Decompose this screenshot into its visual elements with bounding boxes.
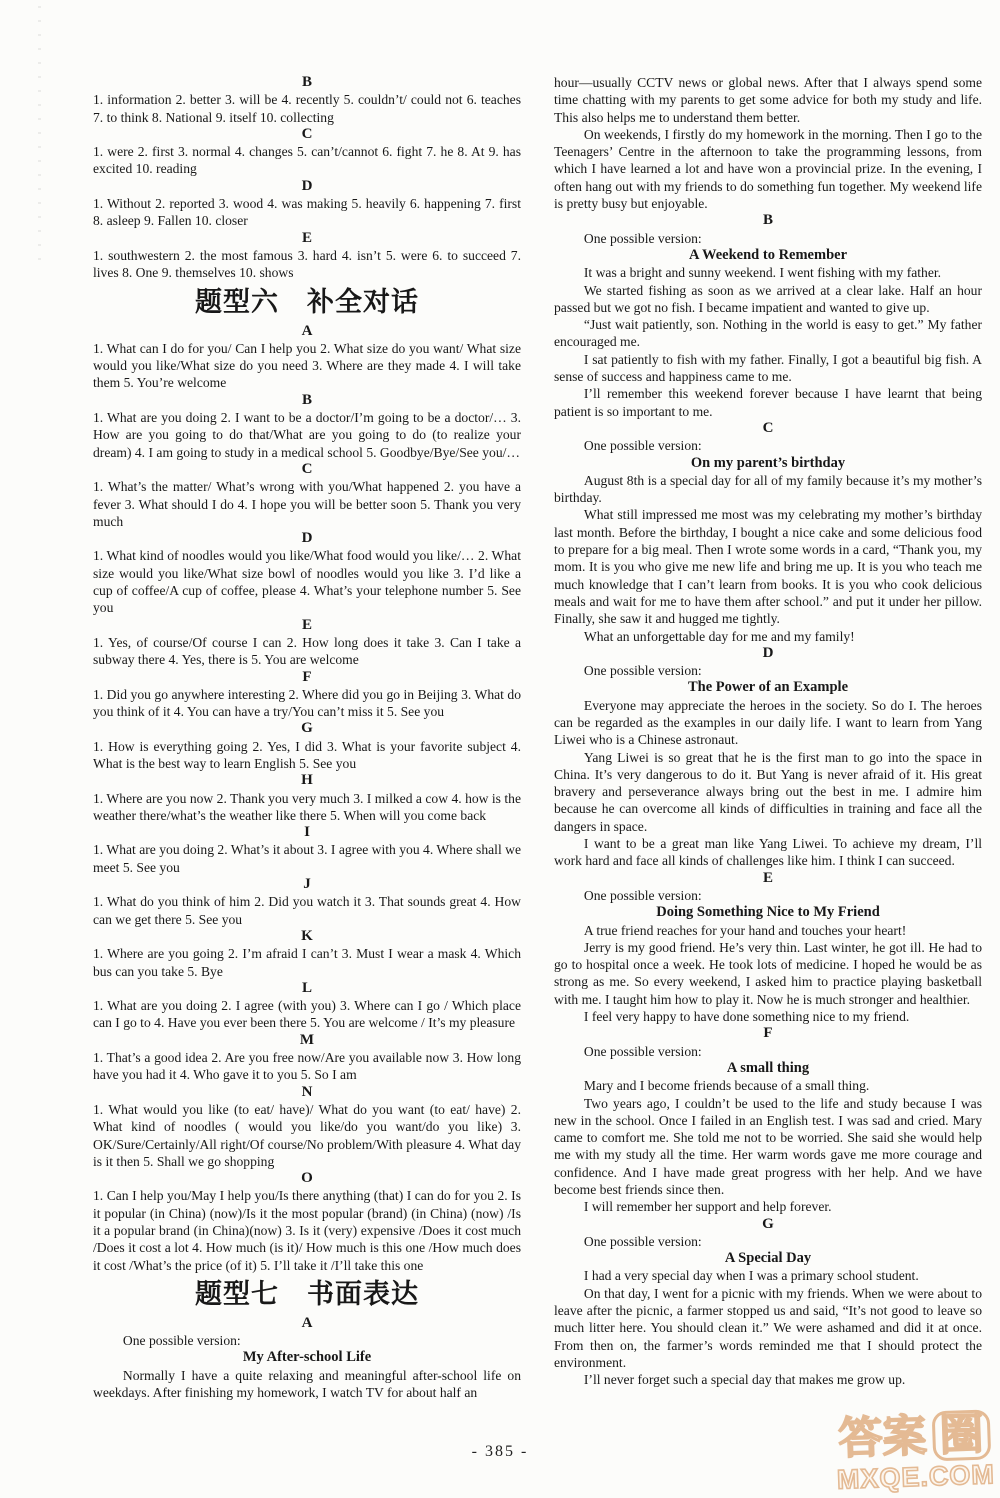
answer-text: 1. Can I help you/May I help you/Is ther… — [93, 1187, 521, 1273]
essay-paragraph-continued: hour—usually CCTV news or global news. A… — [554, 74, 982, 126]
answer-text: 1. What kind of noodles would you like/W… — [93, 547, 521, 616]
possible-version-note: One possible version: — [554, 437, 982, 454]
answer-text: 1. Where are you going 2. I’m afraid I c… — [93, 945, 521, 980]
section-letter: N — [93, 1084, 521, 1101]
essay-paragraph: Jerry is my good friend. He’s very thin.… — [554, 939, 982, 1008]
answer-text: 1. That’s a good idea 2. Are you free no… — [93, 1049, 521, 1084]
section-letter: D — [93, 530, 521, 547]
section-letter: B — [93, 74, 521, 91]
essay-title: A small thing — [554, 1060, 982, 1077]
section-letter: E — [554, 870, 982, 887]
section-letter: F — [93, 669, 521, 686]
possible-version-note: One possible version: — [554, 1233, 982, 1250]
essay-paragraph: It was a bright and sunny weekend. I wen… — [554, 264, 982, 281]
essay-title: The Power of an Example — [554, 679, 982, 696]
possible-version-note: One possible version: — [554, 662, 982, 679]
answer-text: 1. Where are you now 2. Thank you very m… — [93, 790, 521, 825]
right-column: hour—usually CCTV news or global news. A… — [554, 74, 982, 1401]
answer-text: 1. What’s the matter/ What’s wrong with … — [93, 478, 521, 530]
answer-text: 1. were 2. first 3. normal 4. changes 5.… — [93, 143, 521, 178]
section-letter: F — [554, 1025, 982, 1042]
scan-artifact — [38, 6, 41, 266]
section-letter: O — [93, 1170, 521, 1187]
essay-paragraph: “Just wait patiently, son. Nothing in th… — [554, 316, 982, 351]
section-letter: M — [93, 1032, 521, 1049]
essay-title: A Special Day — [554, 1250, 982, 1267]
section-letter: A — [93, 1315, 521, 1332]
page-columns: B1. information 2. better 3. will be 4. … — [0, 0, 1000, 1401]
section-letter: D — [554, 645, 982, 662]
essay-paragraph: We started fishing as soon as we arrived… — [554, 282, 982, 317]
section-letter: G — [554, 1216, 982, 1233]
chapter-heading: 题型七 书面表达 — [93, 1276, 521, 1312]
essay-paragraph: I feel very happy to have done something… — [554, 1008, 982, 1025]
chapter-heading: 题型六 补全对话 — [93, 284, 521, 320]
essay-paragraph: Everyone may appreciate the heroes in th… — [554, 697, 982, 749]
answer-text: 1. Yes, of course/Of course I can 2. How… — [93, 634, 521, 669]
essay-title: On my parent’s birthday — [554, 455, 982, 472]
answer-text: 1. How is everything going 2. Yes, I did… — [93, 738, 521, 773]
essay-paragraph: I will remember her support and help for… — [554, 1198, 982, 1215]
possible-version-note: One possible version: — [554, 230, 982, 247]
section-letter: E — [93, 230, 521, 247]
section-letter: C — [93, 461, 521, 478]
essay-paragraph: I’ll never forget such a special day tha… — [554, 1371, 982, 1388]
answer-text: 1. What do you think of him 2. Did you w… — [93, 893, 521, 928]
section-letter: K — [93, 928, 521, 945]
section-letter: I — [93, 824, 521, 841]
possible-version-note: One possible version: — [554, 887, 982, 904]
essay-title: Doing Something Nice to My Friend — [554, 904, 982, 921]
watermark-site-text: MXQE.COM — [836, 1459, 995, 1494]
section-letter: H — [93, 772, 521, 789]
left-column: B1. information 2. better 3. will be 4. … — [93, 74, 521, 1401]
essay-paragraph: What an unforgettable day for me and my … — [554, 628, 982, 645]
essay-paragraph: On weekends, I firstly do my homework in… — [554, 126, 982, 212]
possible-version-note: One possible version: — [93, 1332, 521, 1349]
essay-paragraph: August 8th is a special day for all of m… — [554, 472, 982, 507]
page-number: - 385 - — [0, 1443, 1000, 1460]
possible-version-note: One possible version: — [554, 1043, 982, 1060]
section-letter: C — [554, 420, 982, 437]
section-letter: C — [93, 126, 521, 143]
answer-text: 1. What would you like (to eat/ have)/ W… — [93, 1101, 521, 1170]
essay-paragraph: On that day, I went for a picnic with my… — [554, 1285, 982, 1371]
essay-paragraph: Normally I have a quite relaxing and mea… — [93, 1367, 521, 1402]
essay-paragraph: I had a very special day when I was a pr… — [554, 1267, 982, 1284]
essay-paragraph: What still impressed me most was my cele… — [554, 506, 982, 627]
section-letter: A — [93, 323, 521, 340]
section-letter: B — [93, 392, 521, 409]
section-letter: J — [93, 876, 521, 893]
essay-title: A Weekend to Remember — [554, 247, 982, 264]
answer-text: 1. What are you doing 2. I want to be a … — [93, 409, 521, 461]
essay-paragraph: I sat patiently to fish with my father. … — [554, 351, 982, 386]
essay-paragraph: Mary and I become friends because of a s… — [554, 1077, 982, 1094]
essay-paragraph: Two years ago, I couldn’t be used to the… — [554, 1095, 982, 1199]
essay-paragraph: Yang Liwei is so great that he is the fi… — [554, 749, 982, 835]
answer-text: 1. information 2. better 3. will be 4. r… — [93, 91, 521, 126]
section-letter: D — [93, 178, 521, 195]
answer-page: B1. information 2. better 3. will be 4. … — [0, 0, 1000, 1498]
essay-paragraph: I want to be a great man like Yang Liwei… — [554, 835, 982, 870]
section-letter: E — [93, 617, 521, 634]
essay-title: My After-school Life — [93, 1349, 521, 1366]
answer-text: 1. What are you doing 2. I agree (with y… — [93, 997, 521, 1032]
section-letter: L — [93, 980, 521, 997]
answer-text: 1. What can I do for you/ Can I help you… — [93, 340, 521, 392]
answer-text: 1. Did you go anywhere interesting 2. Wh… — [93, 686, 521, 721]
section-letter: B — [554, 212, 982, 229]
essay-paragraph: A true friend reaches for your hand and … — [554, 922, 982, 939]
answer-text: 1. Without 2. reported 3. wood 4. was ma… — [93, 195, 521, 230]
section-letter: G — [93, 720, 521, 737]
answer-text: 1. southwestern 2. the most famous 3. ha… — [93, 247, 521, 282]
essay-paragraph: I’ll remember this weekend forever becau… — [554, 385, 982, 420]
answer-text: 1. What are you doing 2. What’s it about… — [93, 841, 521, 876]
